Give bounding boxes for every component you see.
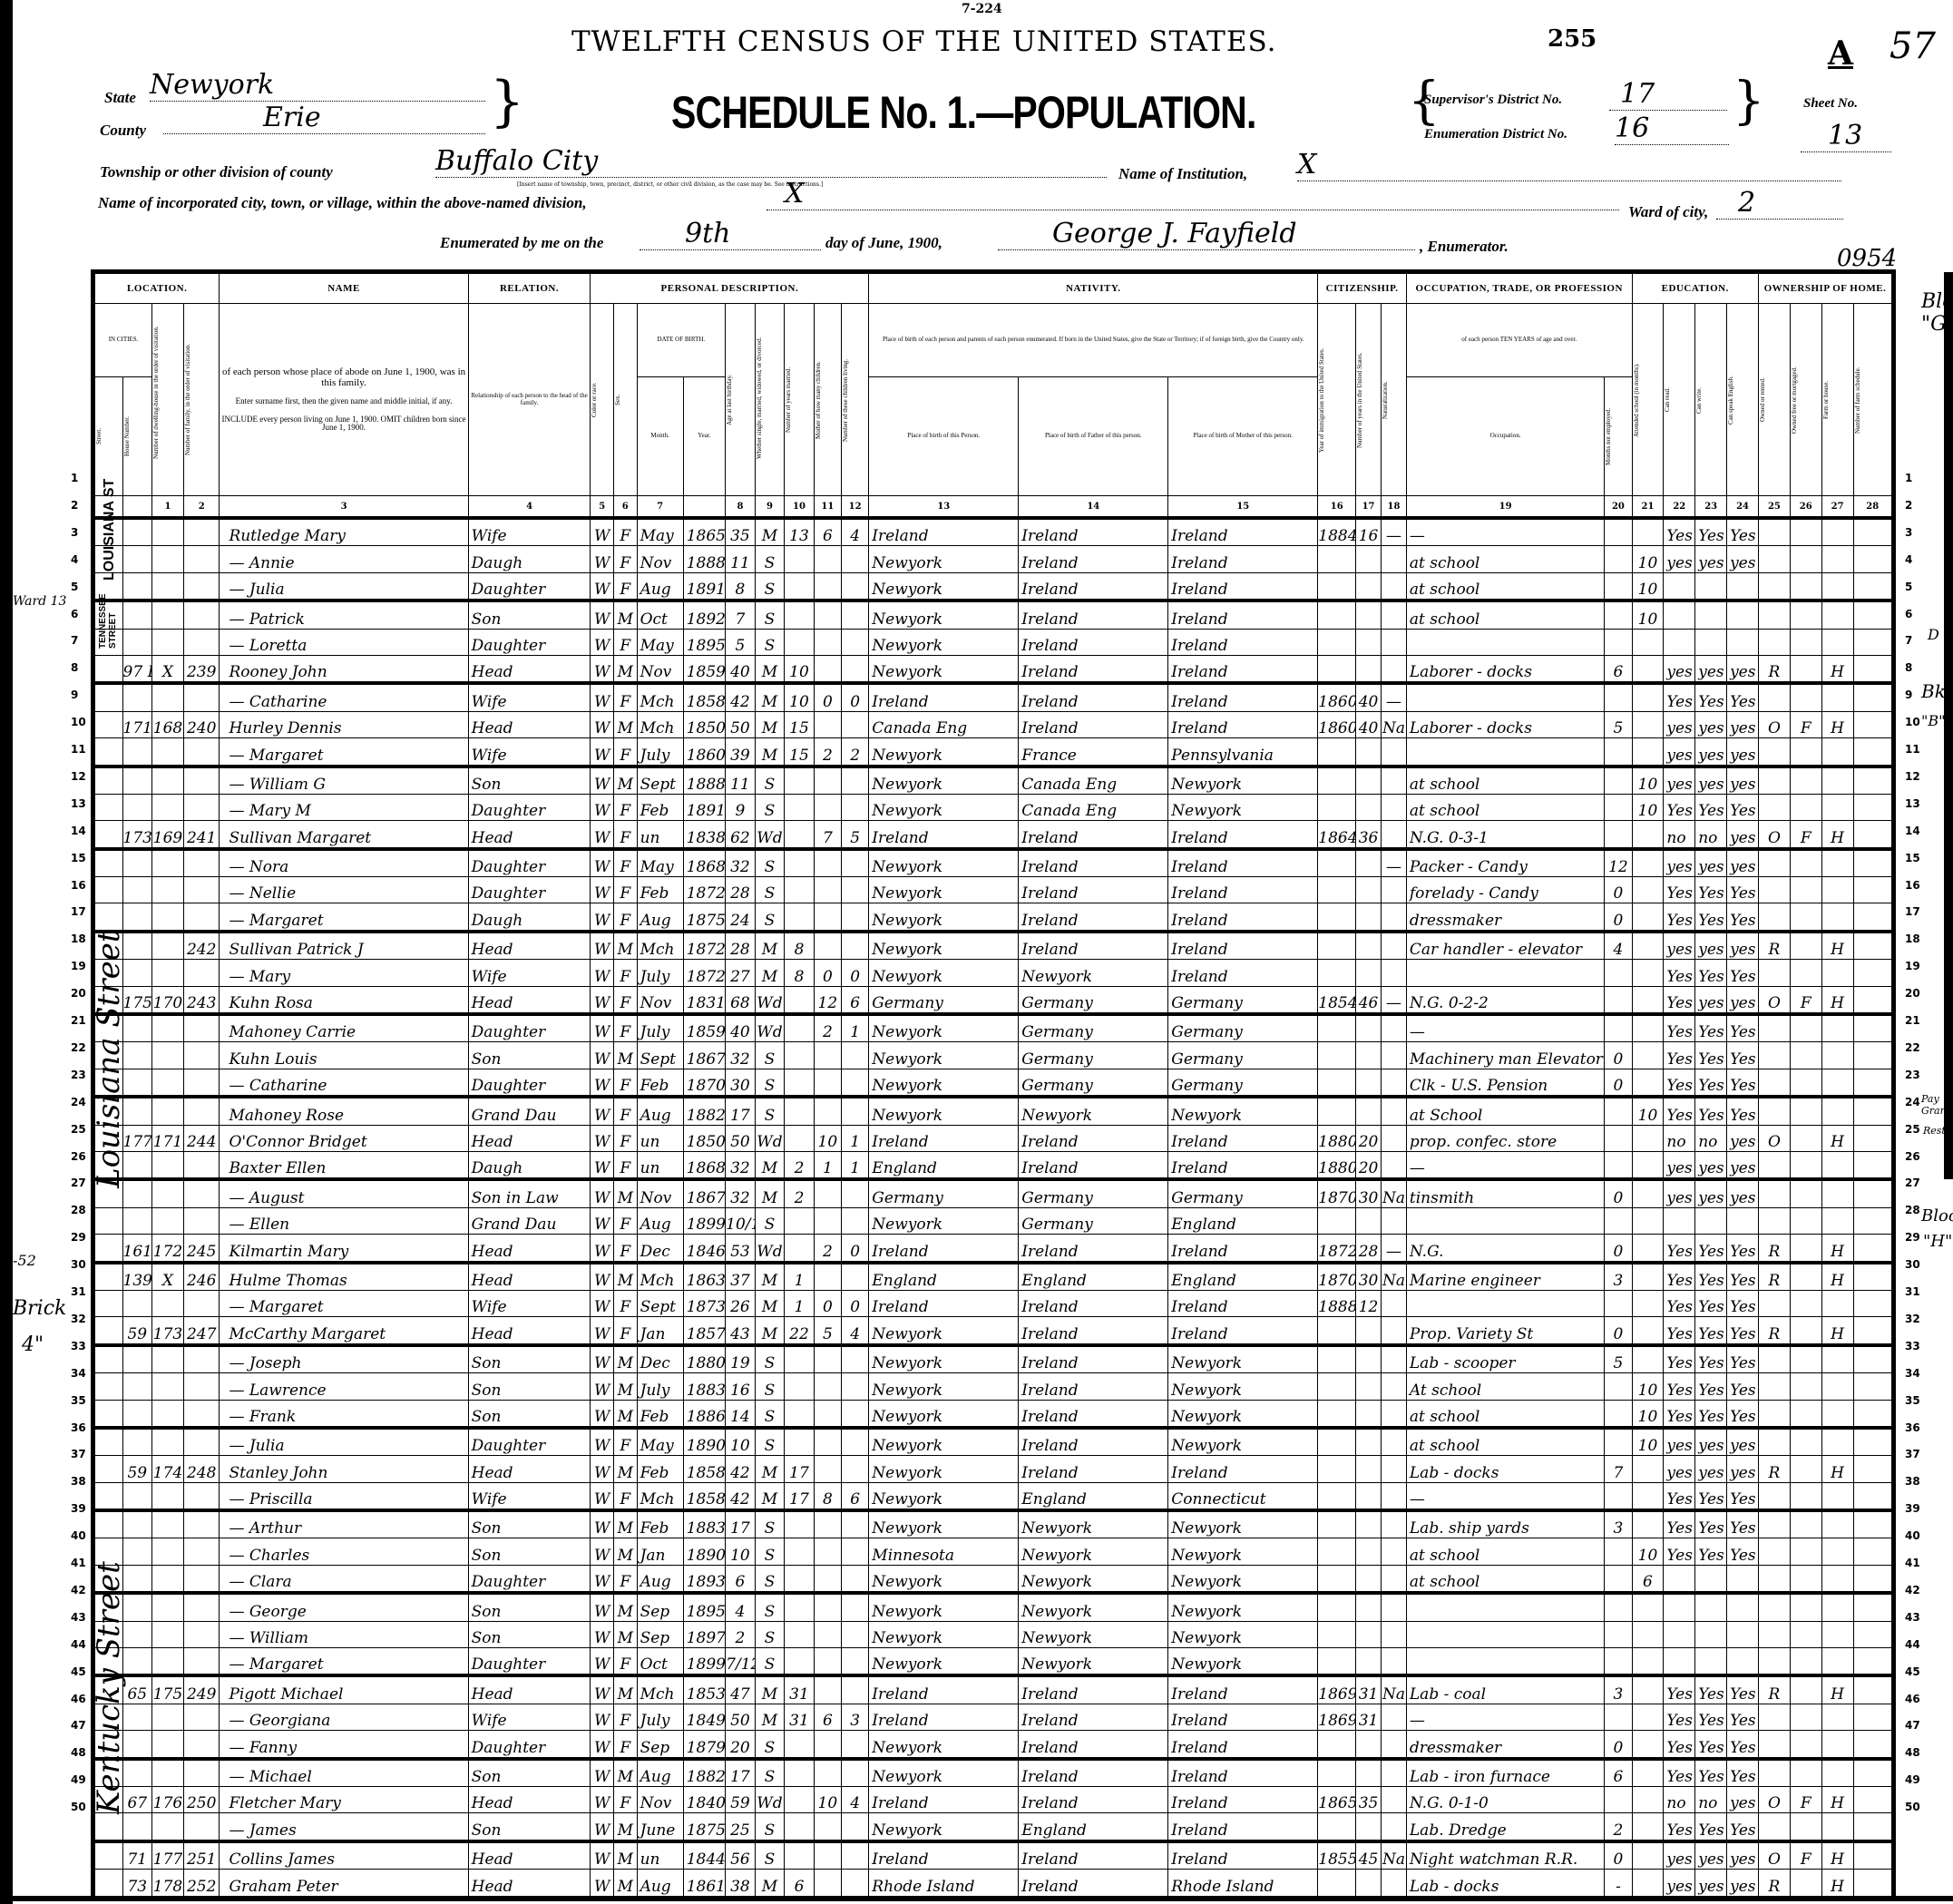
cell-owned bbox=[1758, 1345, 1790, 1373]
cell-owned bbox=[1758, 1179, 1790, 1207]
cell-write: Yes bbox=[1695, 1235, 1727, 1263]
cell-write: yes bbox=[1695, 711, 1727, 737]
cell-mother: Germany bbox=[1168, 1014, 1318, 1042]
cell-yrs-married bbox=[785, 1400, 815, 1428]
line-number-left: 38 bbox=[71, 1475, 86, 1488]
cell-birth: Newyork bbox=[869, 932, 1019, 960]
header-personal: PERSONAL DESCRIPTION. bbox=[591, 272, 869, 304]
cell-dwelling bbox=[152, 1813, 184, 1841]
cell-living bbox=[841, 1456, 868, 1482]
cell-english bbox=[1727, 1621, 1759, 1647]
cell-unemployed bbox=[1605, 1565, 1632, 1593]
cell-schedule bbox=[1853, 849, 1893, 877]
cell-relation: Son bbox=[468, 1373, 591, 1400]
cell-read bbox=[1664, 572, 1695, 600]
census-row: Kuhn LouisSonWMSept186732SNewyorkGermany… bbox=[93, 1042, 1894, 1069]
cell-yrs-married bbox=[785, 1125, 815, 1151]
line-number-left: 39 bbox=[71, 1502, 86, 1515]
cell-dwelling bbox=[152, 960, 184, 986]
cell-living: 1 bbox=[841, 1125, 868, 1151]
cell-sex: F bbox=[614, 518, 638, 546]
cell-family bbox=[183, 1648, 220, 1676]
cell-father: Newyork bbox=[1019, 1621, 1168, 1647]
cell-unemployed: 0 bbox=[1605, 903, 1632, 932]
cell-street bbox=[93, 1207, 123, 1234]
header-occupation-desc: of each person TEN YEARS of age and over… bbox=[1406, 304, 1632, 377]
cell-read: yes bbox=[1664, 711, 1695, 737]
cell-read: Yes bbox=[1664, 1704, 1695, 1730]
line-number-left: 45 bbox=[71, 1665, 86, 1678]
cell-unemployed bbox=[1605, 1621, 1632, 1647]
cell-color: W bbox=[591, 546, 614, 572]
cell-month: Mch bbox=[637, 1675, 683, 1704]
cell-age: 14 bbox=[726, 1400, 756, 1428]
cell-occupation: at school bbox=[1406, 794, 1604, 820]
cell-family: 251 bbox=[183, 1841, 220, 1870]
cell-occupation: Lab - coal bbox=[1406, 1675, 1604, 1704]
cell-relation: Daughter bbox=[468, 1565, 591, 1593]
cell-father: Ireland bbox=[1019, 1151, 1168, 1179]
cell-farm: H bbox=[1821, 1675, 1853, 1704]
cell-immig bbox=[1318, 1731, 1356, 1759]
cell-yrs-married bbox=[785, 877, 815, 903]
cell-yrs-us: 36 bbox=[1356, 821, 1382, 849]
cell-sex: F bbox=[614, 794, 638, 820]
cell-marital: S bbox=[755, 600, 785, 629]
cell-school bbox=[1632, 1841, 1664, 1870]
cell-sex: F bbox=[614, 683, 638, 711]
cell-read: Yes bbox=[1664, 1373, 1695, 1400]
cell-natz: — bbox=[1382, 849, 1407, 877]
cell-english: Yes bbox=[1727, 683, 1759, 711]
cell-street bbox=[93, 1841, 123, 1870]
cell-house bbox=[122, 1207, 152, 1234]
cell-unemployed bbox=[1605, 1648, 1632, 1676]
census-row: — EllenGrand DauWFAug189910/12SNewyorkGe… bbox=[93, 1207, 1894, 1234]
cell-immig bbox=[1318, 738, 1356, 766]
cell-owned bbox=[1758, 1482, 1790, 1510]
cell-school bbox=[1632, 1648, 1664, 1676]
cell-mortgage bbox=[1790, 849, 1821, 877]
cell-english: Yes bbox=[1727, 1731, 1759, 1759]
cell-school bbox=[1632, 1482, 1664, 1510]
cell-children: 2 bbox=[814, 1014, 841, 1042]
line-number-right: 49 bbox=[1905, 1773, 1920, 1786]
census-row: — CatharineDaughterWFFeb187030SNewyorkGe… bbox=[93, 1069, 1894, 1097]
census-row: — ArthurSonWMFeb188317SNewyorkNewyorkNew… bbox=[93, 1510, 1894, 1538]
cell-school bbox=[1632, 518, 1664, 546]
street-label-louisiana: Louisiana Street bbox=[91, 789, 127, 1188]
cell-yrs-married bbox=[785, 1621, 815, 1647]
cell-farm: H bbox=[1821, 1786, 1853, 1812]
cell-unemployed bbox=[1605, 1400, 1632, 1428]
cell-family bbox=[183, 600, 220, 629]
cell-owned bbox=[1758, 572, 1790, 600]
street-label-louisiana-printed: LOUISIANA ST bbox=[102, 454, 118, 581]
cell-relation: Wife bbox=[468, 1704, 591, 1730]
cell-father: Ireland bbox=[1019, 683, 1168, 711]
cell-mortgage: F bbox=[1790, 1841, 1821, 1870]
cell-month: Mch bbox=[637, 1263, 683, 1291]
cell-write bbox=[1695, 1621, 1727, 1647]
census-body: Rutledge MaryWifeWFMay186535M1364Ireland… bbox=[93, 518, 1894, 1898]
line-number-left: 14 bbox=[71, 825, 86, 837]
cell-mother: Ireland bbox=[1168, 1759, 1318, 1787]
cell-mother: Ireland bbox=[1168, 1125, 1318, 1151]
cell-birth: Newyork bbox=[869, 766, 1019, 795]
cell-children bbox=[814, 1813, 841, 1841]
cell-natz bbox=[1382, 1207, 1407, 1234]
cell-schedule bbox=[1853, 766, 1893, 795]
cell-schedule bbox=[1853, 877, 1893, 903]
cell-mortgage bbox=[1790, 1870, 1821, 1898]
cell-dwelling bbox=[152, 600, 184, 629]
cell-immig bbox=[1318, 1069, 1356, 1097]
stamp-number: 57 bbox=[1890, 25, 1936, 67]
census-row: — PriscillaWifeWFMch185842M1786NewyorkEn… bbox=[93, 1482, 1894, 1510]
cell-natz bbox=[1382, 1870, 1407, 1898]
cell-father: Newyork bbox=[1019, 1510, 1168, 1538]
cell-relation: Daugh bbox=[468, 546, 591, 572]
cell-living bbox=[841, 1870, 868, 1898]
cell-read: yes bbox=[1664, 738, 1695, 766]
cell-yrs-married bbox=[785, 766, 815, 795]
cell-year: 1892 bbox=[683, 600, 725, 629]
cell-name: — Margaret bbox=[220, 738, 468, 766]
cell-month: Nov bbox=[637, 546, 683, 572]
cell-write: yes bbox=[1695, 849, 1727, 877]
cell-schedule bbox=[1853, 1538, 1893, 1565]
cell-farm: H bbox=[1821, 1870, 1853, 1898]
cell-mortgage bbox=[1790, 1648, 1821, 1676]
cell-mortgage: F bbox=[1790, 1786, 1821, 1812]
cell-age: 37 bbox=[726, 1263, 756, 1291]
cell-dwelling: 175 bbox=[152, 1675, 184, 1704]
cell-age: 17 bbox=[726, 1510, 756, 1538]
cell-marital: S bbox=[755, 903, 785, 932]
cell-birth: Ireland bbox=[869, 683, 1019, 711]
line-number-right: 1 bbox=[1905, 472, 1912, 484]
cell-schedule bbox=[1853, 1428, 1893, 1456]
cell-owned bbox=[1758, 877, 1790, 903]
cell-house bbox=[122, 683, 152, 711]
cell-birth: Newyork bbox=[869, 1400, 1019, 1428]
cell-write: Yes bbox=[1695, 518, 1727, 546]
cell-mortgage bbox=[1790, 1317, 1821, 1345]
cell-yrs-married: 31 bbox=[785, 1675, 815, 1704]
cell-father: Ireland bbox=[1019, 1317, 1168, 1345]
cell-name: Collins James bbox=[220, 1841, 468, 1870]
cell-month: Sep bbox=[637, 1731, 683, 1759]
header-marital: Whether single, married, widowed, or div… bbox=[756, 341, 763, 459]
cell-schedule bbox=[1853, 1014, 1893, 1042]
cell-family bbox=[183, 1069, 220, 1097]
header-occupation: Occupation. bbox=[1406, 377, 1604, 496]
cell-english: Yes bbox=[1727, 794, 1759, 820]
incorporated-value: X bbox=[767, 178, 1619, 210]
cell-natz bbox=[1382, 1042, 1407, 1069]
census-row: 171168240Hurley DennisHeadWMMch185050M15… bbox=[93, 711, 1894, 737]
cell-mortgage bbox=[1790, 1731, 1821, 1759]
cell-owned bbox=[1758, 1704, 1790, 1730]
cell-dwelling: 168 bbox=[152, 711, 184, 737]
cell-schedule bbox=[1853, 1593, 1893, 1621]
line-number-left: 12 bbox=[71, 770, 86, 783]
cell-mortgage bbox=[1790, 1428, 1821, 1456]
cell-mother: Ireland bbox=[1168, 877, 1318, 903]
cell-natz bbox=[1382, 960, 1407, 986]
cell-father: Canada Eng bbox=[1019, 794, 1168, 820]
cell-english: Yes bbox=[1727, 1704, 1759, 1730]
cell-mortgage bbox=[1790, 655, 1821, 683]
cell-natz bbox=[1382, 1125, 1407, 1151]
cell-sex: F bbox=[614, 1704, 638, 1730]
cell-english: Yes bbox=[1727, 1097, 1759, 1125]
line-number-left: 13 bbox=[71, 797, 86, 810]
cell-write bbox=[1695, 1207, 1727, 1234]
cell-living: 1 bbox=[841, 1014, 868, 1042]
line-number-right: 14 bbox=[1905, 825, 1920, 837]
cell-read: yes bbox=[1664, 932, 1695, 960]
cell-school: 10 bbox=[1632, 766, 1664, 795]
cell-write bbox=[1695, 572, 1727, 600]
cell-relation: Son bbox=[468, 1813, 591, 1841]
cell-occupation: at school bbox=[1406, 1565, 1604, 1593]
cell-owned bbox=[1758, 1069, 1790, 1097]
cell-yrs-us bbox=[1356, 960, 1382, 986]
cell-relation: Daughter bbox=[468, 794, 591, 820]
cell-name: Kilmartin Mary bbox=[220, 1235, 468, 1263]
cell-birth: Ireland bbox=[869, 518, 1019, 546]
cell-children bbox=[814, 1731, 841, 1759]
cell-name: — William G bbox=[220, 766, 468, 795]
cell-english bbox=[1727, 629, 1759, 655]
cell-children bbox=[814, 766, 841, 795]
cell-year: 1849 bbox=[683, 1704, 725, 1730]
census-row: — Mary MDaughterWFFeb18919SNewyorkCanada… bbox=[93, 794, 1894, 820]
cell-children bbox=[814, 1097, 841, 1125]
cell-age: 38 bbox=[726, 1870, 756, 1898]
cell-immig bbox=[1318, 1428, 1356, 1456]
cell-occupation bbox=[1406, 1648, 1604, 1676]
cell-month: Nov bbox=[637, 1786, 683, 1812]
cell-relation: Son bbox=[468, 1400, 591, 1428]
cell-mortgage bbox=[1790, 1593, 1821, 1621]
cell-farm bbox=[1821, 1813, 1853, 1841]
cell-sex: F bbox=[614, 738, 638, 766]
cell-family bbox=[183, 1704, 220, 1730]
cell-yrs-us bbox=[1356, 1731, 1382, 1759]
cell-age: 32 bbox=[726, 1179, 756, 1207]
cell-month: May bbox=[637, 629, 683, 655]
cell-birth: Newyork bbox=[869, 960, 1019, 986]
cell-mortgage bbox=[1790, 1014, 1821, 1042]
cell-natz bbox=[1382, 1069, 1407, 1097]
cell-children: 7 bbox=[814, 821, 841, 849]
header-location: LOCATION. bbox=[93, 272, 220, 304]
cell-school bbox=[1632, 932, 1664, 960]
cell-read: yes bbox=[1664, 849, 1695, 877]
cell-children bbox=[814, 877, 841, 903]
cell-children: 10 bbox=[814, 1125, 841, 1151]
cell-yrs-married bbox=[785, 1014, 815, 1042]
cell-yrs-married: 2 bbox=[785, 1179, 815, 1207]
header-farm-house: Farm or house. bbox=[1822, 341, 1830, 459]
column-number: 9 bbox=[755, 496, 785, 519]
cell-natz: — bbox=[1382, 683, 1407, 711]
cell-write bbox=[1695, 1648, 1727, 1676]
cell-family bbox=[183, 1538, 220, 1565]
cell-yrs-us bbox=[1356, 1813, 1382, 1841]
cell-sex: F bbox=[614, 849, 638, 877]
cell-english: yes bbox=[1727, 738, 1759, 766]
census-row: — CatharineWifeWFMch185842M1000IrelandIr… bbox=[93, 683, 1894, 711]
cell-marital: S bbox=[755, 1400, 785, 1428]
cell-family bbox=[183, 1731, 220, 1759]
cell-school bbox=[1632, 1069, 1664, 1097]
cell-age: 50 bbox=[726, 1704, 756, 1730]
cell-family bbox=[183, 683, 220, 711]
cell-natz bbox=[1382, 1786, 1407, 1812]
line-number-right: 45 bbox=[1905, 1665, 1920, 1678]
cell-marital: S bbox=[755, 1731, 785, 1759]
cell-occupation: Car handler - elevator bbox=[1406, 932, 1604, 960]
column-number: 8 bbox=[726, 496, 756, 519]
cell-name: — George bbox=[220, 1593, 468, 1621]
cell-immig: 1865 bbox=[1318, 1786, 1356, 1812]
cell-year: 1872 bbox=[683, 877, 725, 903]
cell-birth: Newyork bbox=[869, 1317, 1019, 1345]
cell-name: Fletcher Mary bbox=[220, 1786, 468, 1812]
cell-color: W bbox=[591, 1290, 614, 1316]
cell-father: Ireland bbox=[1019, 711, 1168, 737]
cell-yrs-us bbox=[1356, 572, 1382, 600]
cell-family bbox=[183, 877, 220, 903]
line-number-right: 30 bbox=[1905, 1258, 1920, 1271]
census-row: — AugustSon in LawWMNov186732M2GermanyGe… bbox=[93, 1179, 1894, 1207]
cell-yrs-married: 31 bbox=[785, 1704, 815, 1730]
cell-mother: Ireland bbox=[1168, 849, 1318, 877]
cell-owned bbox=[1758, 1621, 1790, 1647]
cell-read: Yes bbox=[1664, 1069, 1695, 1097]
line-number-left: 25 bbox=[71, 1123, 86, 1136]
cell-year: 1859 bbox=[683, 1014, 725, 1042]
cell-age: 56 bbox=[726, 1841, 756, 1870]
cell-yrs-us: 20 bbox=[1356, 1151, 1382, 1179]
cell-owned bbox=[1758, 1373, 1790, 1400]
header-speak-english: Can speak English. bbox=[1727, 341, 1734, 459]
cell-month: Nov bbox=[637, 655, 683, 683]
cell-dwelling: 177 bbox=[152, 1841, 184, 1870]
cell-living bbox=[841, 877, 868, 903]
cell-month: Feb bbox=[637, 794, 683, 820]
header-name-instr2: INCLUDE every person living on June 1, 1… bbox=[220, 415, 467, 434]
cell-schedule bbox=[1853, 932, 1893, 960]
cell-father: Germany bbox=[1019, 1014, 1168, 1042]
cell-mother: Newyork bbox=[1168, 794, 1318, 820]
census-row: 173169241Sullivan MargaretHeadWFun183862… bbox=[93, 821, 1894, 849]
cell-age: 47 bbox=[726, 1675, 756, 1704]
cell-sex: M bbox=[614, 1263, 638, 1291]
cell-year: 1883 bbox=[683, 1510, 725, 1538]
cell-write: yes bbox=[1695, 1151, 1727, 1179]
cell-birth: Ireland bbox=[869, 1675, 1019, 1704]
cell-mortgage bbox=[1790, 1179, 1821, 1207]
cell-living: 3 bbox=[841, 1704, 868, 1730]
cell-house bbox=[122, 1290, 152, 1316]
cell-marital: S bbox=[755, 1813, 785, 1841]
cell-immig: 1880 bbox=[1318, 1151, 1356, 1179]
header-year: Year. bbox=[683, 377, 725, 496]
cell-owned bbox=[1758, 794, 1790, 820]
cell-living bbox=[841, 1621, 868, 1647]
cell-yrs-us: 35 bbox=[1356, 1786, 1382, 1812]
cell-relation: Wife bbox=[468, 1482, 591, 1510]
cell-children bbox=[814, 1870, 841, 1898]
cell-school bbox=[1632, 1235, 1664, 1263]
cell-yrs-married bbox=[785, 1813, 815, 1841]
cell-owned bbox=[1758, 1207, 1790, 1234]
cell-unemployed: 5 bbox=[1605, 711, 1632, 737]
cell-marital: S bbox=[755, 849, 785, 877]
cell-street bbox=[93, 1870, 123, 1898]
cell-natz bbox=[1382, 766, 1407, 795]
cell-unemployed: 2 bbox=[1605, 1813, 1632, 1841]
cell-yrs-married bbox=[785, 1069, 815, 1097]
cell-dwelling bbox=[152, 903, 184, 932]
cell-yrs-us bbox=[1356, 655, 1382, 683]
cell-living: 1 bbox=[841, 1151, 868, 1179]
cell-house: 59 bbox=[122, 1317, 152, 1345]
cell-color: W bbox=[591, 1648, 614, 1676]
cell-natz bbox=[1382, 821, 1407, 849]
cell-children bbox=[814, 1263, 841, 1291]
cell-living bbox=[841, 1565, 868, 1593]
cell-farm bbox=[1821, 1759, 1853, 1787]
cell-house bbox=[122, 1400, 152, 1428]
cell-marital: M bbox=[755, 518, 785, 546]
cell-mother: Newyork bbox=[1168, 1648, 1318, 1676]
column-number: 25 bbox=[1758, 496, 1790, 519]
cell-marital: M bbox=[755, 932, 785, 960]
cell-school bbox=[1632, 821, 1664, 849]
cell-children bbox=[814, 546, 841, 572]
line-number-left: 22 bbox=[71, 1041, 86, 1054]
cell-english bbox=[1727, 600, 1759, 629]
cell-unemployed bbox=[1605, 572, 1632, 600]
cell-yrs-us bbox=[1356, 1207, 1382, 1234]
cell-living: 6 bbox=[841, 1482, 868, 1510]
cell-dwelling bbox=[152, 1704, 184, 1730]
cell-owned: O bbox=[1758, 1786, 1790, 1812]
cell-age: 28 bbox=[726, 877, 756, 903]
cell-children bbox=[814, 1042, 841, 1069]
cell-relation: Wife bbox=[468, 1290, 591, 1316]
cell-english: Yes bbox=[1727, 1400, 1759, 1428]
cell-immig bbox=[1318, 1482, 1356, 1510]
cell-natz: — bbox=[1382, 1235, 1407, 1263]
cell-natz bbox=[1382, 1014, 1407, 1042]
cell-mortgage bbox=[1790, 1290, 1821, 1316]
cell-sex: M bbox=[614, 1870, 638, 1898]
cell-year: 1858 bbox=[683, 683, 725, 711]
cell-marital: S bbox=[755, 1648, 785, 1676]
cell-name: — Mary bbox=[220, 960, 468, 986]
cell-father: Ireland bbox=[1019, 1731, 1168, 1759]
cell-unemployed: 3 bbox=[1605, 1675, 1632, 1704]
cell-living bbox=[841, 766, 868, 795]
cell-birth: Newyork bbox=[869, 1014, 1019, 1042]
